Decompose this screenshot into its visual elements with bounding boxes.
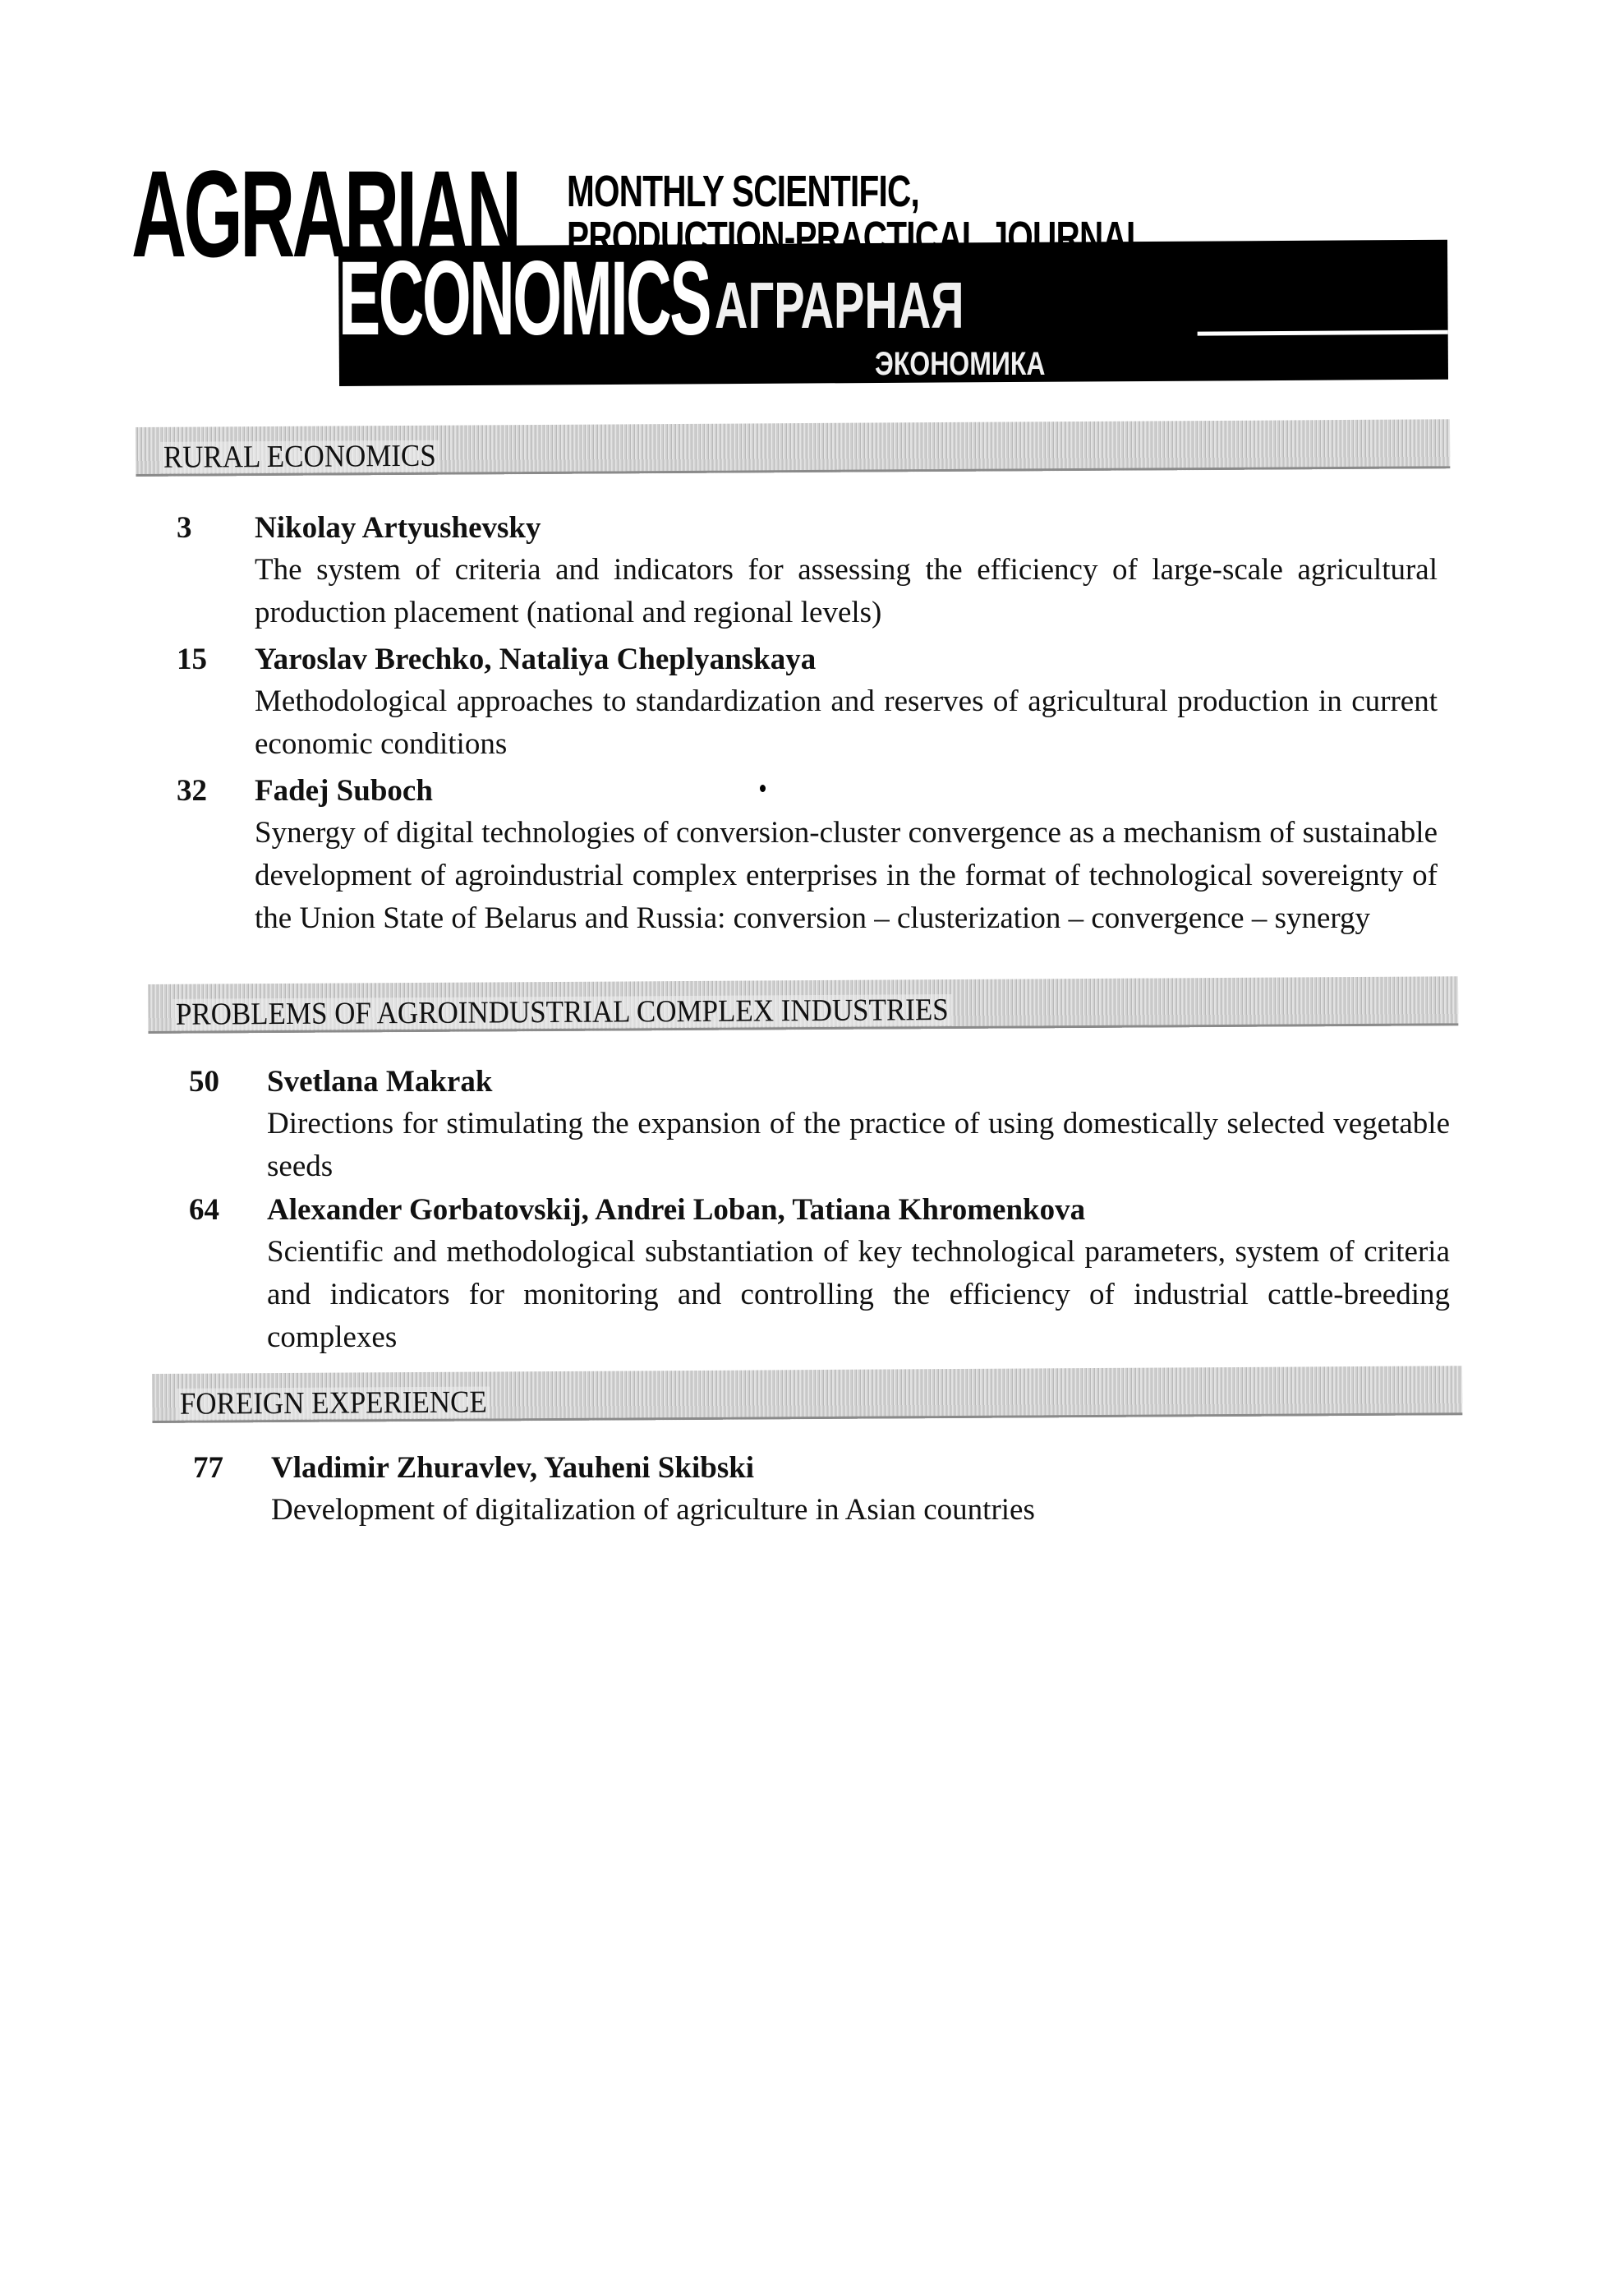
entry-page-number: 50: [189, 1062, 238, 1103]
entry-title: Scientific and methodological substantia…: [267, 1231, 1450, 1359]
section-label: PROBLEMS OF AGROINDUSTRIAL COMPLEX INDUS…: [173, 994, 951, 1030]
entry-authors: Fadej Suboch: [255, 771, 433, 812]
journal-masthead: AGRARIAN MONTHLY SCIENTIFIC, PRODUCTION-…: [0, 0, 1624, 411]
entry-page-number: 3: [177, 508, 226, 549]
entry-authors: Svetlana Makrak: [267, 1062, 492, 1103]
entry-page-number: 15: [177, 639, 226, 680]
masthead-title-ru-line2: ЭКОНОМИКА: [875, 348, 1045, 380]
section-header-foreign-experience: FOREIGN EXPERIENCE: [152, 1366, 1462, 1423]
entry-page-number: 32: [177, 771, 226, 812]
entry-title: Methodological approaches to standardiza…: [255, 680, 1438, 766]
entry-page-number: 64: [189, 1190, 238, 1231]
masthead-title-ru-line1: АГРАРНАЯ: [715, 273, 964, 339]
entry-title: The system of criteria and indicators fo…: [255, 549, 1438, 634]
entry-title: Directions for stimulating the expansion…: [267, 1103, 1450, 1188]
section-label: FOREIGN EXPERIENCE: [177, 1386, 490, 1419]
entry-authors: Nikolay Artyushevsky: [255, 508, 541, 549]
entry-authors: Vladimir Zhuravlev, Yauheni Skibski: [271, 1448, 754, 1489]
entry-title: Synergy of digital technologies of conve…: [255, 812, 1438, 940]
section-label: RURAL ECONOMICS: [160, 440, 439, 473]
section-header-rural-economics: RURAL ECONOMICS: [136, 419, 1450, 477]
scan-speck: [760, 785, 766, 792]
entry-authors: Yaroslav Brechko, Nataliya Cheplyanskaya: [255, 639, 816, 680]
entry-title: Development of digitalization of agricul…: [271, 1489, 1454, 1532]
masthead-subtitle-line1: MONTHLY SCIENTIFIC,: [567, 168, 1146, 214]
masthead-band-rule: [1198, 330, 1448, 336]
entry-authors: Alexander Gorbatovskij, Andrei Loban, Ta…: [267, 1190, 1085, 1231]
section-header-problems-of-agroindustrial-complex-industries: PROBLEMS OF AGROINDUSTRIAL COMPLEX INDUS…: [148, 976, 1458, 1034]
masthead-title-economics: ECONOMICS: [338, 247, 710, 352]
entry-page-number: 77: [193, 1448, 242, 1489]
